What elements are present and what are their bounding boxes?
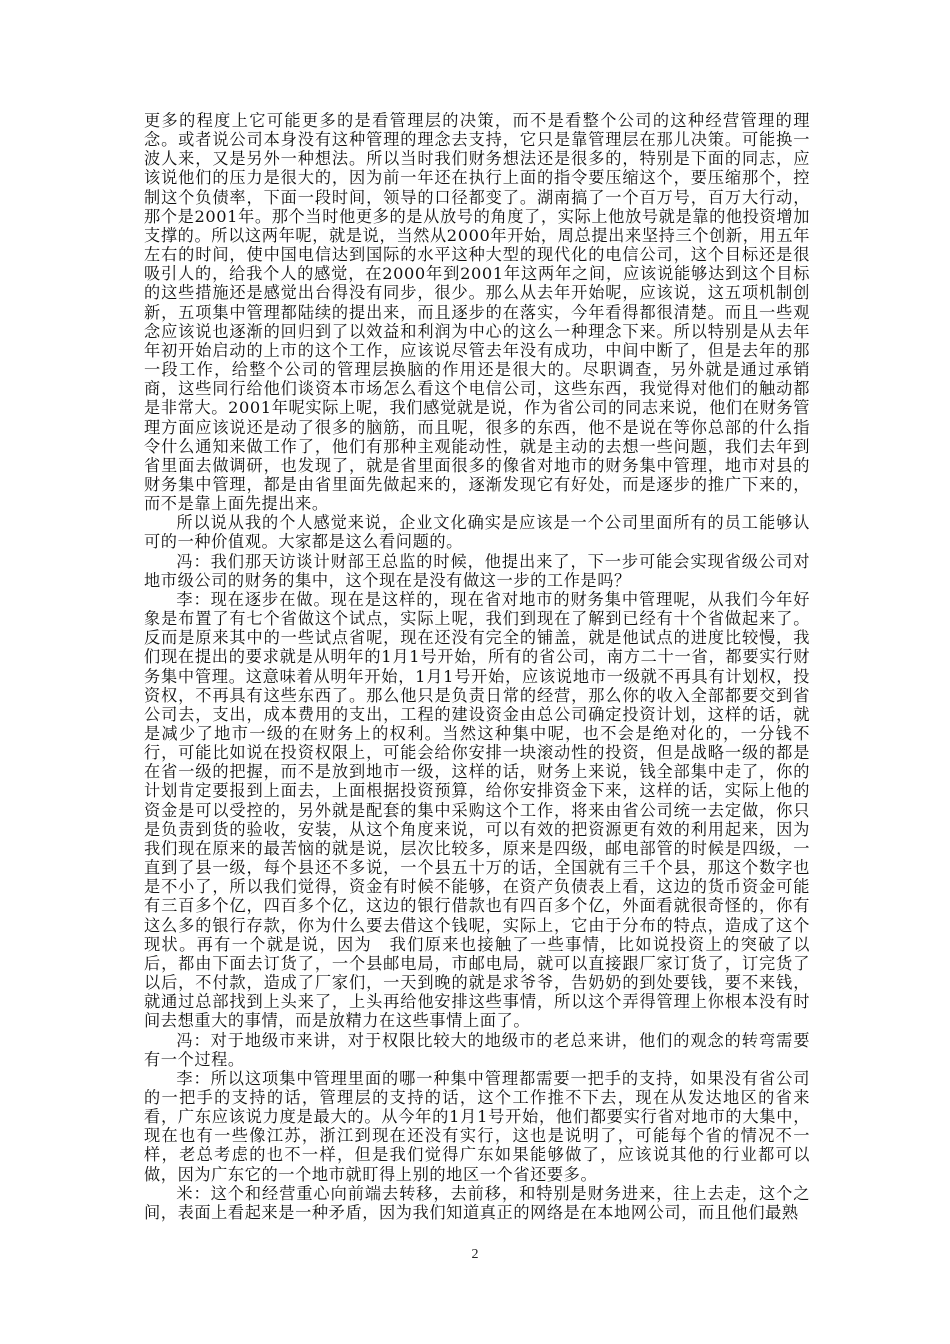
paragraph-3-feng-question: 冯：我们那天访谈计财部王总监的时候，他提出来了，下一步可能会实现省级公司对地市级… bbox=[144, 552, 810, 590]
paragraph-7-mi-comment: 米：这个和经营重心向前端去转移，去前移，和特别是财务进来，往上去走，这个之间，表… bbox=[144, 1184, 810, 1222]
page-number: 2 bbox=[0, 1247, 950, 1263]
paragraph-1: 更多的程度上它可能更多的是看管理层的决策，而不是看整个公司的这种经营管理的理念。… bbox=[144, 111, 810, 513]
paragraph-6-li-answer: 李：所以这项集中管理里面的哪一种集中管理都需要一把手的支持，如果没有省公司的一把… bbox=[144, 1069, 810, 1184]
paragraph-4-li-answer: 李：现在逐步在做。现在是这样的，现在省对地市的财务集中管理呢，从我们今年好象是布… bbox=[144, 590, 810, 1031]
paragraph-5-feng-comment: 冯：对于地级市来讲，对于权限比较大的地级市的老总来讲，他们的观念的转弯需要有一个… bbox=[144, 1031, 810, 1069]
paragraph-2: 所以说从我的个人感觉来说，企业文化确实是应该是一个公司里面所有的员工能够认可的一… bbox=[144, 513, 810, 551]
document-body: 更多的程度上它可能更多的是看管理层的决策，而不是看整个公司的这种经营管理的理念。… bbox=[144, 111, 810, 1222]
